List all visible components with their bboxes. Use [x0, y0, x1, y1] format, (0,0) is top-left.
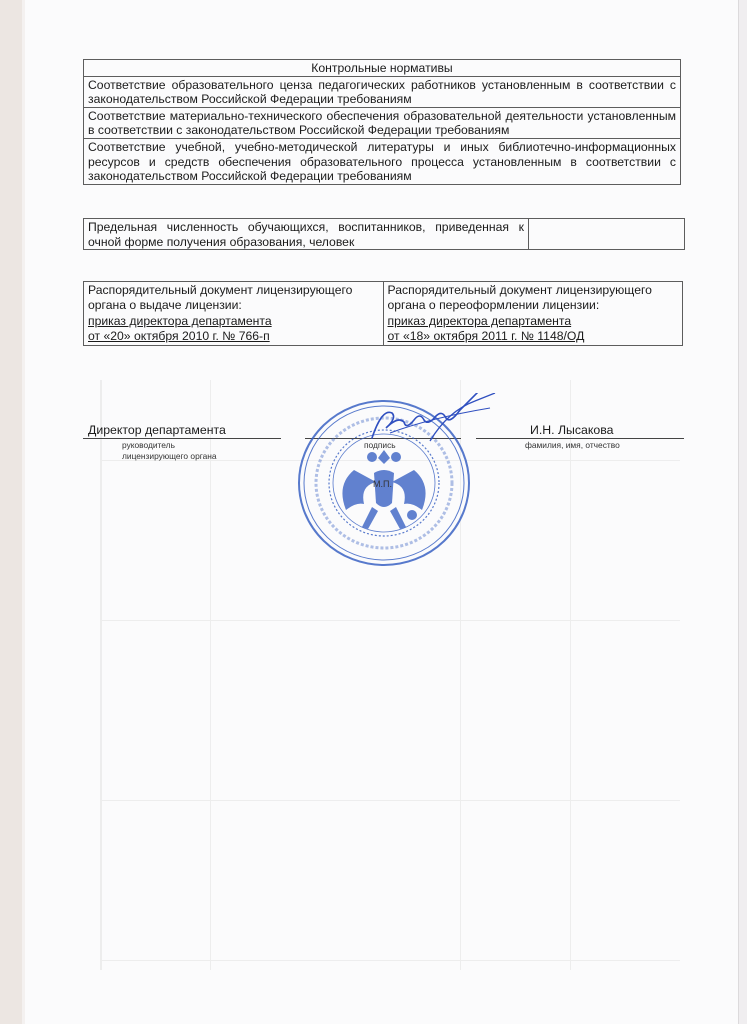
orders-table: Распорядительный документ лицензирующего…: [83, 281, 683, 346]
position-caption-line-1: руководитель: [122, 440, 217, 451]
position-caption-line-2: лицензирующего органа: [122, 451, 217, 462]
name-caption: фамилия, имя, отчество: [525, 440, 620, 451]
issue-order-cell: Распорядительный документ лицензирующего…: [84, 282, 384, 346]
position-underline: [83, 438, 281, 439]
issue-order-date: от «20» октября 2010 г. № 766-п: [88, 329, 379, 344]
control-norm-row: Соответствие образовательного ценза педа…: [84, 76, 681, 107]
issue-order-type: приказ директора департамента: [88, 314, 379, 329]
reissue-order-cell: Распорядительный документ лицензирующего…: [383, 282, 683, 346]
stamp-mark: М.П.: [373, 479, 392, 489]
scan-right-edge: [738, 0, 747, 1024]
student-limit-table: Предельная численность обучающихся, восп…: [83, 218, 685, 250]
scan-left-edge: [0, 0, 22, 1024]
student-limit-value: [529, 219, 685, 250]
reissue-order-type: приказ директора департамента: [388, 314, 679, 329]
control-norms-header: Контрольные нормативы: [84, 60, 681, 77]
control-norms-table: Контрольные нормативы Соответствие образ…: [83, 59, 681, 185]
control-norm-row: Соответствие материально-технического об…: [84, 107, 681, 138]
director-name: И.Н. Лысакова: [530, 423, 613, 437]
scan-edge-line: [22, 0, 25, 1024]
reissue-order-date: от «18» октября 2011 г. № 1148/ОД: [388, 329, 679, 344]
student-limit-label: Предельная численность обучающихся, восп…: [84, 219, 529, 250]
control-norm-row: Соответствие учебной, учебно-методическо…: [84, 138, 681, 184]
director-position: Директор департамента: [88, 423, 226, 437]
position-caption: руководитель лицензирующего органа: [122, 440, 217, 462]
handwritten-signature-icon: [360, 393, 510, 453]
issue-order-title: Распорядительный документ лицензирующего…: [88, 283, 379, 314]
reissue-order-title: Распорядительный документ лицензирующего…: [388, 283, 679, 314]
